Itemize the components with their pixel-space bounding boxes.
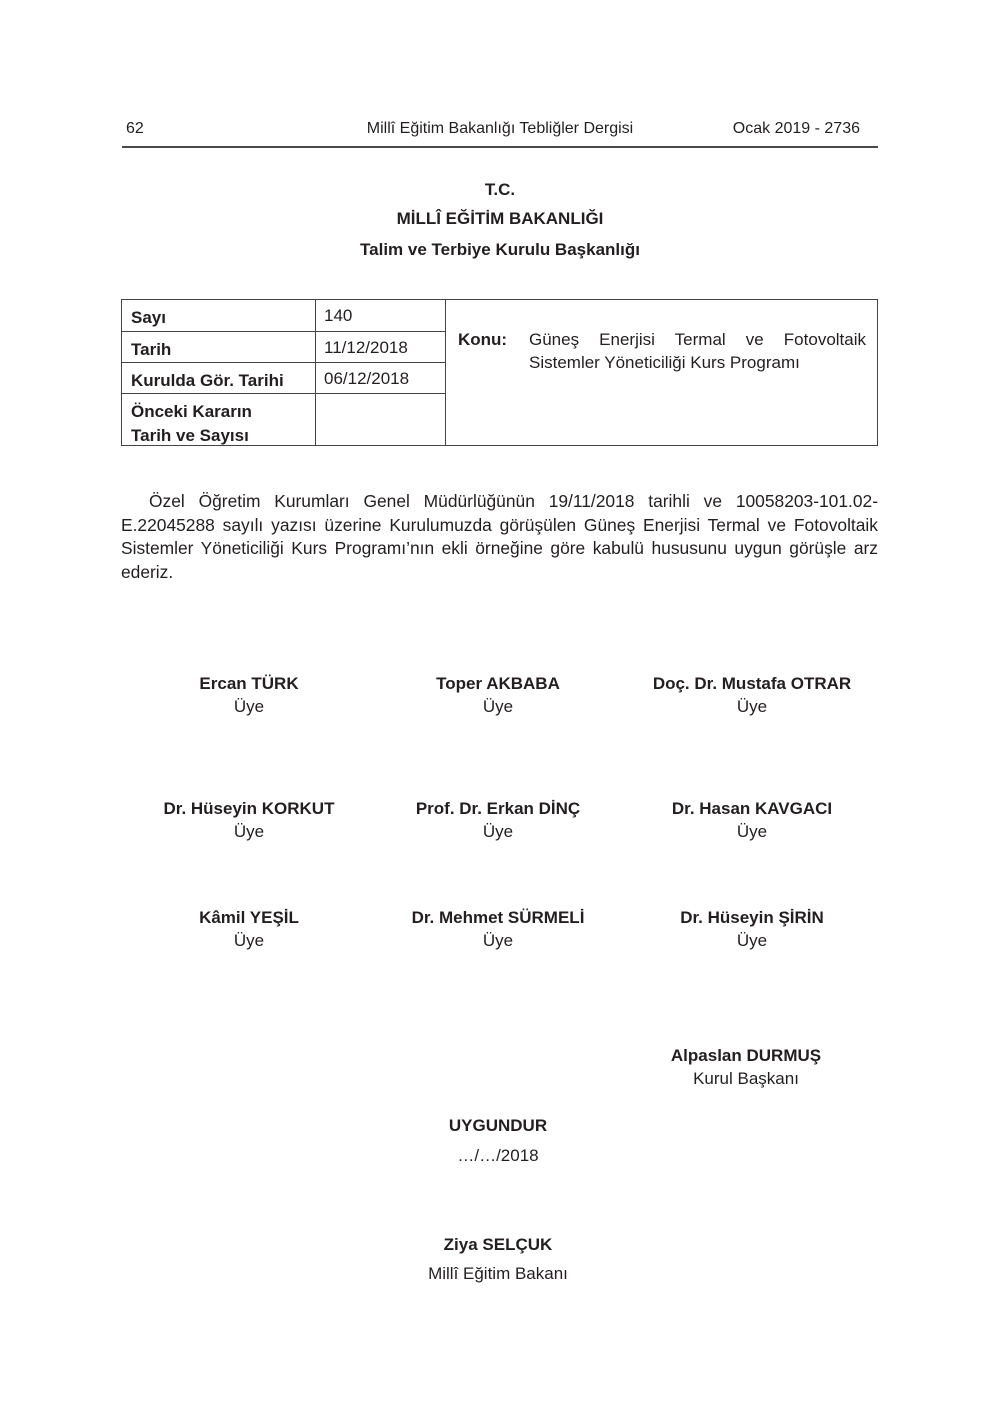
value-onceki-kararin <box>315 394 445 400</box>
member-signature: Dr. Hasan KAVGACIÜye <box>612 797 892 843</box>
member-name: Dr. Hasan KAVGACI <box>612 797 892 820</box>
chair-name: Alpaslan DURMUŞ <box>606 1044 886 1067</box>
page-header: 62 Millî Eğitim Bakanlığı Tebliğler Derg… <box>122 120 878 142</box>
member-role: Üye <box>358 929 638 952</box>
label-tarih: Tarih <box>122 332 315 362</box>
subject-label: Konu: <box>458 328 507 351</box>
label-sayi: Sayı <box>122 300 315 330</box>
member-role: Üye <box>612 695 892 718</box>
approval-block: UYGUNDUR…/…/2018 <box>358 1114 638 1167</box>
label-column: Sayı Tarih Kurulda Gör. Tarihi Önceki Ka… <box>122 300 316 445</box>
member-role: Üye <box>612 929 892 952</box>
member-role: Üye <box>109 695 389 718</box>
member-name: Toper AKBABA <box>358 672 638 695</box>
member-role: Üye <box>358 820 638 843</box>
org-line-3: Talim ve Terbiye Kurulu Başkanlığı <box>0 240 1000 260</box>
member-signature: Dr. Hüseyin KORKUTÜye <box>109 797 389 843</box>
member-name: Kâmil YEŞİL <box>109 906 389 929</box>
approval-date: …/…/2018 <box>358 1144 638 1167</box>
member-signature: Prof. Dr. Erkan DİNÇÜye <box>358 797 638 843</box>
body-paragraph: Özel Öğretim Kurumları Genel Müdürlüğünü… <box>121 490 878 584</box>
org-line-2: MİLLÎ EĞİTİM BAKANLIĞI <box>0 209 1000 229</box>
minister-signature: Ziya SELÇUKMillî Eğitim Bakanı <box>358 1233 638 1285</box>
member-name: Dr. Mehmet SÜRMELİ <box>358 906 638 929</box>
approval-label: UYGUNDUR <box>358 1114 638 1137</box>
member-name: Dr. Hüseyin KORKUT <box>109 797 389 820</box>
member-name: Doç. Dr. Mustafa OTRAR <box>612 672 892 695</box>
member-signature: Dr. Hüseyin ŞİRİNÜye <box>612 906 892 952</box>
member-role: Üye <box>612 820 892 843</box>
label-kurulda-gor-tarihi: Kurulda Gör. Tarihi <box>122 363 315 393</box>
chair-signature: Alpaslan DURMUŞKurul Başkanı <box>606 1044 886 1090</box>
subject-text: Güneş Enerjisi Termal ve Fotovoltaik Sis… <box>529 328 866 374</box>
value-kurulda-gor-tarihi: 06/12/2018 <box>315 363 445 389</box>
minister-name: Ziya SELÇUK <box>358 1233 638 1256</box>
value-column: 140 11/12/2018 06/12/2018 <box>315 300 446 445</box>
member-name: Dr. Hüseyin ŞİRİN <box>612 906 892 929</box>
label-onceki-kararin: Önceki Kararın Tarih ve Sayısı <box>122 394 281 448</box>
decision-meta-table: Sayı Tarih Kurulda Gör. Tarihi Önceki Ka… <box>121 299 878 446</box>
minister-role: Millî Eğitim Bakanı <box>358 1262 638 1285</box>
member-signature: Doç. Dr. Mustafa OTRARÜye <box>612 672 892 718</box>
issue-label: Ocak 2019 - 2736 <box>733 120 860 138</box>
member-role: Üye <box>358 695 638 718</box>
member-name: Ercan TÜRK <box>109 672 389 695</box>
member-signature: Dr. Mehmet SÜRMELİÜye <box>358 906 638 952</box>
member-role: Üye <box>109 820 389 843</box>
org-line-1: T.C. <box>0 180 1000 200</box>
value-sayi: 140 <box>315 300 445 326</box>
value-tarih: 11/12/2018 <box>315 332 445 358</box>
header-rule <box>122 146 878 148</box>
member-signature: Toper AKBABAÜye <box>358 672 638 718</box>
member-role: Üye <box>109 929 389 952</box>
member-signature: Ercan TÜRKÜye <box>109 672 389 718</box>
member-signature: Kâmil YEŞİLÜye <box>109 906 389 952</box>
member-name: Prof. Dr. Erkan DİNÇ <box>358 797 638 820</box>
chair-role: Kurul Başkanı <box>606 1067 886 1090</box>
